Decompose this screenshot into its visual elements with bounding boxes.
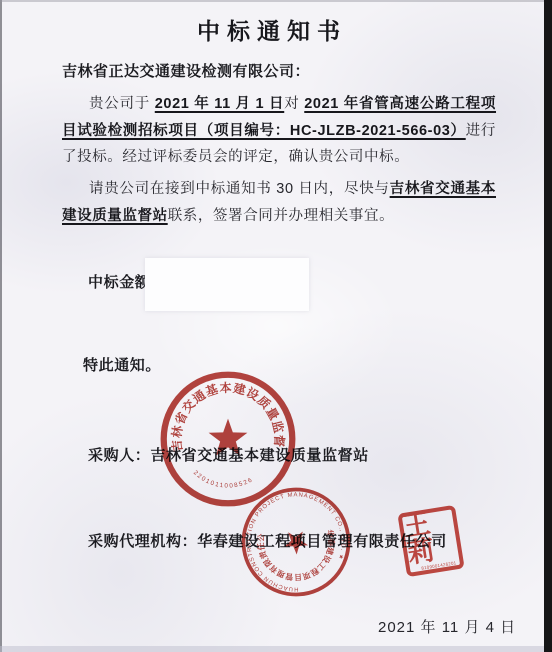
scan-edge-bottom — [0, 646, 552, 652]
redacted-amount-area — [145, 258, 309, 311]
para1-mid: 对 — [284, 96, 304, 112]
para2-lead: 请贵公司在接到中标通知书 30 日内，尽快与 — [89, 181, 390, 197]
personal-name-seal: 王莉 8109001426201 — [397, 505, 464, 577]
page-title: 中标通知书 — [0, 13, 544, 46]
document-page: 中标通知书 吉林省正达交通建设检测有限公司： 贵公司于 2021 年 11 月 … — [0, 0, 552, 652]
notice-line: 特此通知。 — [83, 354, 161, 375]
addressee-line: 吉林省正达交通建设检测有限公司： — [62, 60, 310, 81]
agency-label: 采购代理机构： — [88, 533, 197, 550]
agency-round-seal: HUACHUN CONSTRUCTION PROJECT MANAGEMENT … — [238, 484, 354, 600]
purchaser-label: 采购人： — [88, 447, 150, 464]
scan-edge-right — [544, 0, 552, 652]
para1-bid-date: 2021 年 11 月 1 日 — [155, 96, 284, 112]
document-date: 2021 年 11 月 4 日 — [378, 616, 516, 637]
body-paragraph-2: 请贵公司在接到中标通知书 30 日内，尽快与吉林省交通基本建设质量监督站联系，签… — [62, 176, 496, 229]
seal-code-text: 2201011008526 — [192, 469, 255, 489]
para2-tail: 联系，签署合同并办理相关事宜。 — [168, 208, 395, 224]
svg-text:2201011008526: 2201011008526 — [192, 469, 255, 489]
seal-star-icon — [284, 531, 309, 555]
body-paragraph-1: 贵公司于 2021 年 11 月 1 日对 2021 年省管高速公路工程项目试验… — [62, 91, 496, 171]
seal-star-icon — [209, 419, 248, 456]
scan-edge-top — [0, 0, 552, 2]
scan-edge-left — [0, 0, 2, 652]
para1-lead: 贵公司于 — [89, 96, 155, 112]
